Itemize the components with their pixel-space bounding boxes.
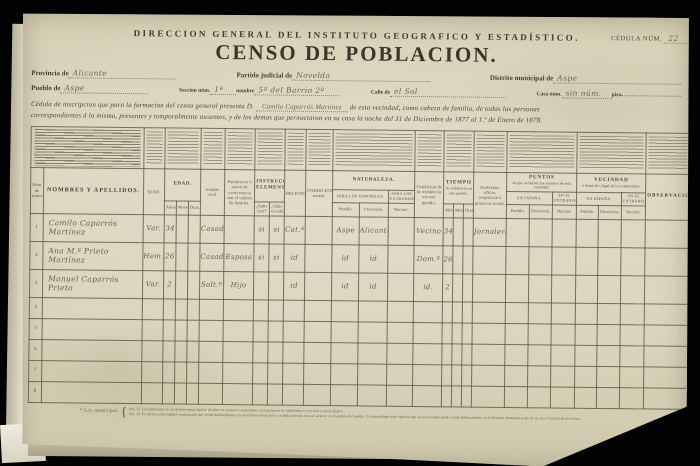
col-header-instruccion: INSTRUCCION ELEMENTAL.: [255, 170, 285, 202]
table-cell: [505, 302, 528, 323]
fineprint-cell: [444, 131, 474, 172]
table-cell: [550, 386, 574, 407]
table-cell: [388, 217, 414, 245]
table-cell: [551, 344, 575, 365]
table-cell: [462, 302, 472, 323]
preamble-text: Cédula de inscripcion que para la formac…: [31, 99, 681, 128]
col-header-puntos: PUNTOS en que se hallan los ausentes de …: [507, 173, 577, 193]
table-cell: [141, 382, 162, 403]
table-cell: [643, 387, 687, 408]
table-cell: [472, 323, 505, 344]
table-cell: [644, 345, 688, 366]
table-cell: Vecino: [414, 217, 443, 245]
table-cell: [620, 303, 644, 324]
table-cell: [223, 320, 253, 341]
table-cell: [528, 365, 551, 386]
table-cell: [253, 320, 268, 341]
table-cell: si: [269, 216, 284, 244]
table-cell: [175, 271, 187, 299]
table-cell: [575, 303, 597, 324]
table-cell: [283, 342, 304, 363]
table-cell: [645, 247, 689, 275]
fineprint-text: [167, 132, 198, 165]
table-cell: [175, 341, 187, 362]
table-cell: [463, 218, 473, 246]
table-cell: [552, 246, 576, 274]
fineprint-text: [417, 134, 441, 167]
table-cell: [528, 344, 551, 365]
table-cell: [506, 274, 529, 302]
table-cell: 26: [164, 242, 176, 270]
table-cell: [304, 342, 331, 363]
table-cell: Cat.ª: [284, 216, 305, 244]
table-cell: [528, 302, 551, 323]
table-cell: [304, 272, 331, 300]
subheader-tiempo-dias: Dias.: [463, 204, 473, 218]
table-cell: [504, 386, 527, 407]
subheader-puntos-nacion: Nacion.: [552, 205, 576, 219]
table-cell: [621, 247, 645, 275]
table-cell: [620, 366, 644, 387]
fineprint-text: [509, 135, 574, 169]
table-cell: [303, 384, 330, 405]
table-cell: [199, 341, 223, 362]
table-cell: [472, 365, 505, 386]
table-cell: [331, 342, 358, 363]
fineprint-text: [476, 135, 504, 168]
table-cell: [551, 323, 575, 344]
census-table-header: Núm. de orden. NOMBRES Y APELLIDOS. SEXO…: [30, 127, 690, 220]
table-cell: [331, 321, 358, 342]
table-cell: [452, 343, 462, 364]
table-cell: Casado: [200, 215, 224, 243]
table-cell: [551, 302, 575, 323]
col-header-observaciones: OBSERVACIONES.: [645, 174, 689, 220]
table-cell: [142, 319, 163, 340]
table-cell: [472, 302, 505, 323]
table-cell: [575, 345, 597, 366]
table-cell: [575, 324, 597, 345]
subheader-tiempo-anos: Años.: [443, 204, 453, 218]
table-cell: 34: [443, 217, 453, 245]
fineprint-cell: [201, 128, 225, 169]
table-cell: [175, 299, 187, 320]
subheader-meses: Meses.: [176, 201, 188, 215]
table-cell: [387, 364, 413, 385]
col-header-edad: EDAD.: [164, 169, 200, 201]
table-cell: [452, 322, 462, 343]
subheader-vecindad-pueblo: Pueblo.: [576, 205, 598, 219]
calle-value: el Sol: [390, 87, 506, 98]
table-cell: [413, 343, 442, 364]
table-cell: [358, 321, 387, 342]
table-cell: [442, 301, 452, 322]
table-cell: [505, 344, 528, 365]
table-cell: [176, 243, 188, 271]
table-cell: [452, 301, 462, 322]
subheader-nat-espanoles: PARA LOS ESPAÑOLES.: [332, 190, 388, 203]
table-cell: [224, 215, 254, 243]
col-header-cond-res: Condicion de la residencia en este puebl…: [414, 172, 443, 218]
col-header-num: Núm. de orden.: [30, 168, 43, 214]
table-cell: [506, 218, 529, 246]
table-cell: [304, 321, 331, 342]
table-cell: [387, 343, 413, 364]
distrito-label: Distrito municipal de: [490, 74, 553, 83]
table-cell: [597, 303, 620, 324]
fineprint-text: [227, 132, 252, 165]
table-cell: [223, 362, 253, 383]
table-cell: [42, 339, 142, 361]
table-cell: Manuel Caparrós Prieto: [42, 269, 142, 298]
table-cell: id: [284, 244, 305, 272]
table-cell: [175, 320, 187, 341]
table-cell: [463, 274, 473, 302]
fineprint-text: [257, 132, 282, 165]
table-cell: Jornalero: [473, 218, 506, 246]
preamble-line1-rest: de esta vecindad, como cabeza de familia…: [350, 104, 540, 113]
table-cell: [575, 366, 597, 387]
table-cell: [283, 321, 304, 342]
subheader-anos: Años.: [164, 201, 176, 215]
provincia-value: Alicante: [69, 68, 177, 79]
subheader-puntos-espana: EN ESPAÑA.: [507, 192, 553, 205]
table-cell: [621, 275, 645, 303]
fineprint-text: [34, 129, 140, 167]
presenter-name: Camilo Caparrós Martínez: [256, 103, 348, 112]
table-cell: [471, 386, 504, 407]
table-cell: [597, 324, 620, 345]
table-cell: [268, 300, 283, 321]
table-cell: [268, 342, 283, 363]
table-cell: Hijo: [223, 271, 253, 299]
table-cell: [472, 344, 505, 365]
fineprint-cell: [577, 132, 646, 174]
table-cell: [187, 299, 199, 320]
table-cell: [441, 385, 451, 406]
photo-background: CÉDULA NÚM. 22 DIRECCION GENERAL DEL INS…: [0, 0, 700, 466]
table-cell: [386, 385, 412, 406]
table-cell: 34: [164, 214, 176, 242]
table-cell: id: [332, 244, 359, 272]
footnote-articles: Art. 15. Los habitantes de un término mu…: [129, 407, 581, 422]
table-cell: [188, 243, 200, 271]
table-cell: [621, 219, 645, 247]
table-cell: [163, 319, 175, 340]
table-cell: [451, 385, 461, 406]
seccion-value: 1ª: [210, 85, 236, 95]
subheader-sabe-leer: ¿Sabe leer?: [254, 202, 269, 216]
table-cell: [388, 245, 414, 273]
table-cell: [253, 299, 268, 320]
fineprint-text: [308, 133, 330, 166]
census-table: Núm. de orden. NOMBRES Y APELLIDOS. SEXO…: [28, 126, 691, 409]
fineprint-cell: [225, 129, 255, 170]
table-cell: [199, 362, 223, 383]
subheader-nat-nacion: Nacion.: [388, 203, 414, 217]
fineprint-cell: [415, 131, 444, 172]
table-cell: [462, 365, 472, 386]
fineprint-text: [648, 137, 687, 170]
subheader-nat-pueblo: Pueblo.: [332, 202, 359, 216]
table-cell: [645, 219, 689, 247]
subheader-puntos-pueblo: Pueblo.: [506, 204, 529, 218]
table-cell: Var.: [142, 270, 163, 298]
table-cell: [305, 244, 332, 272]
piso-value: [621, 95, 681, 97]
table-cell: [187, 341, 199, 362]
form-line-2: Pueblo de Aspe Seccion núm. 1ª nombre 5ª…: [31, 83, 681, 100]
table-cell: [358, 363, 387, 384]
subheader-puntos-provincia: Provincia.: [529, 205, 552, 219]
table-cell: [576, 219, 598, 247]
fineprint-cell: [255, 129, 285, 170]
table-cell: [304, 300, 331, 321]
fineprint-cell: [31, 127, 144, 169]
table-cell: [41, 381, 141, 403]
seccion-label: Seccion núm.: [179, 88, 210, 94]
table-cell: [387, 322, 413, 343]
table-cell: [387, 273, 413, 301]
row-number-cell: 7: [29, 360, 42, 381]
table-cell: [253, 271, 268, 299]
table-cell: [413, 301, 442, 322]
puntos-sub: en que se hallan los ausentes de esta ve…: [508, 181, 575, 191]
table-cell: [598, 275, 621, 303]
table-cell: [357, 384, 386, 405]
col-header-estado: Estado civil.: [200, 169, 224, 215]
table-cell: [528, 323, 551, 344]
table-cell: [462, 323, 472, 344]
table-cell: [267, 384, 282, 405]
fineprint-cell: [333, 130, 415, 172]
row-number-cell: 5: [29, 318, 42, 339]
table-cell: [331, 300, 358, 321]
table-cell: [505, 365, 528, 386]
table-cell: Camilo Caparrós Martínez: [43, 213, 143, 242]
table-cell: [413, 322, 442, 343]
table-cell: [188, 215, 200, 243]
fineprint-cell: [306, 129, 333, 170]
table-cell: [268, 321, 283, 342]
table-cell: [162, 382, 174, 403]
table-cell: [163, 361, 175, 382]
preamble-intro: Cédula de inscripcion que para la formac…: [31, 101, 254, 110]
vecindad-sub: ó domicilio legal de los transeuntes.: [578, 184, 644, 189]
table-cell: [463, 246, 473, 274]
table-cell: [253, 362, 268, 383]
table-cell: id.: [414, 273, 443, 301]
casa-label: Casa núm.: [537, 91, 562, 97]
table-cell: [462, 344, 472, 365]
table-cell: [282, 384, 303, 405]
table-cell: si: [254, 243, 269, 271]
table-cell: [187, 320, 199, 341]
distrito-value: Aspe: [553, 73, 681, 84]
fineprint-cell: [507, 132, 577, 174]
instructions-band: [31, 127, 691, 175]
subheader-vecindad-provincia: Provincia.: [598, 205, 621, 219]
table-cell: [645, 275, 689, 303]
row-number-cell: 1: [30, 213, 43, 241]
table-cell: [198, 383, 222, 404]
footnote-brace: {: [121, 407, 127, 417]
table-cell: [452, 364, 462, 385]
table-cell: [442, 322, 452, 343]
subheader-vecindad-espana: EN ESPAÑA.: [577, 192, 622, 205]
table-cell: [644, 303, 688, 324]
table-cell: [473, 274, 506, 302]
table-cell: [412, 385, 441, 406]
fineprint-text: [146, 131, 162, 164]
footnote-label: * Ley municipal.: [80, 409, 119, 414]
table-cell: [252, 383, 267, 404]
table-cell: id: [359, 244, 388, 272]
row-number-cell: 6: [29, 339, 42, 360]
table-cell: [283, 300, 304, 321]
fineprint-cell: [144, 128, 165, 169]
table-cell: 26: [443, 245, 453, 273]
table-cell: [283, 363, 304, 384]
table-cell: Var.: [143, 214, 164, 242]
col-header-religion: RELIGION.: [284, 170, 305, 216]
fineprint-cell: [646, 133, 690, 174]
fineprint-text: [335, 133, 412, 167]
table-cell: id: [358, 272, 387, 300]
table-cell: [597, 366, 620, 387]
census-table-body: 1Camilo Caparrós MartínezVar.34Casadosis…: [28, 213, 689, 409]
table-cell: [187, 362, 199, 383]
fineprint-text: [203, 132, 222, 165]
table-cell: si: [254, 215, 269, 243]
table-cell: [506, 246, 529, 274]
table-cell: 2: [443, 273, 453, 301]
census-document: CÉDULA NÚM. 22 DIRECCION GENERAL DEL INS…: [18, 11, 691, 466]
table-cell: [620, 345, 644, 366]
table-cell: [174, 383, 186, 404]
table-cell: 2: [163, 270, 175, 298]
table-cell: [596, 387, 619, 408]
table-cell: [142, 340, 163, 361]
table-cell: [527, 386, 550, 407]
fineprint-cell: [285, 129, 306, 170]
table-cell: [268, 272, 283, 300]
col-header-sexo: SEXO.: [143, 169, 164, 215]
casa-value: sin núm.: [562, 89, 612, 100]
table-cell: [176, 215, 188, 243]
row-number-cell: 2: [30, 241, 43, 269]
subheader-tiempo-meses: Meses.: [453, 204, 463, 218]
table-cell: [175, 362, 187, 383]
table-cell: [305, 216, 332, 244]
table-cell: [42, 360, 142, 382]
partido-value: Novelda: [292, 71, 430, 82]
table-cell: id: [331, 272, 358, 300]
table-cell: [358, 300, 387, 321]
fineprint-text: [287, 133, 303, 166]
table-cell: Alicante: [359, 216, 388, 244]
table-cell: [473, 246, 506, 274]
table-cell: [598, 247, 621, 275]
table-cell: [619, 387, 643, 408]
col-header-nombres: NOMBRES Y APELLIDOS.: [43, 168, 143, 214]
table-cell: [505, 323, 528, 344]
table-cell: [163, 298, 175, 319]
table-cell: [598, 219, 621, 247]
table-cell: [551, 365, 575, 386]
calle-label: Calle de: [371, 90, 390, 96]
table-cell: [223, 341, 253, 362]
table-cell: [442, 364, 452, 385]
row-number-cell: 4: [29, 297, 42, 318]
fineprint-text: [446, 134, 471, 167]
table-cell: [529, 246, 552, 274]
footnote: * Ley municipal. { Art. 15. Los habitant…: [80, 406, 680, 423]
subheader-vecindad-nacion: Nacion.: [621, 205, 645, 219]
table-cell: Aspe: [332, 216, 359, 244]
fineprint-text: [579, 136, 643, 170]
table-cell: [187, 271, 199, 299]
table-cell: [461, 386, 471, 407]
table-cell: Solt.º: [199, 271, 223, 299]
table-cell: Ana M.ª Prieto Martínez: [43, 241, 143, 270]
subheader-vecindad-extranjero: EN EL EXTRANJERO.: [622, 193, 646, 206]
fineprint-cell: [165, 128, 201, 169]
nombre-label: nombre: [236, 88, 254, 94]
provincia-label: Provincia de: [31, 69, 68, 77]
table-cell: [574, 387, 596, 408]
table-cell: [453, 245, 463, 273]
table-cell: Esposa: [224, 243, 254, 271]
table-cell: [330, 384, 357, 405]
subheader-nat-extranjeros: PARA LOS EXTRANJEROS.: [388, 190, 414, 203]
table-cell: Casada: [200, 243, 224, 271]
subheader-dias: Dias.: [188, 201, 200, 215]
col-header-naturaleza: NATURALEZA.: [333, 171, 415, 191]
table-cell: [142, 298, 163, 319]
table-cell: [644, 366, 688, 387]
table-cell: [529, 274, 552, 302]
table-cell: [644, 324, 688, 345]
table-cell: [253, 341, 268, 362]
col-header-profesion: Profesion, oficio, ocupacion ó posicion …: [473, 172, 506, 218]
col-header-parentesco: Parentesco ó razon de convivencia con el…: [224, 170, 254, 216]
table-cell: [576, 247, 598, 275]
partido-label: Partido judicial de: [236, 71, 292, 80]
table-cell: [576, 275, 598, 303]
table-cell: [223, 299, 253, 320]
table-cell: [552, 218, 576, 246]
piso-label: piso: [612, 92, 622, 98]
tiempo-sub: de residencia en este pueblo.: [445, 186, 472, 196]
table-cell: [413, 364, 442, 385]
table-cell: Dom.ª: [414, 245, 443, 273]
col-header-tiempo: TIEMPO de residencia en este pueblo.: [444, 172, 474, 204]
table-cell: [331, 363, 358, 384]
row-number-cell: 3: [29, 269, 42, 297]
row-number-cell: 8: [28, 381, 41, 402]
col-header-vecindad: VECINDAD ó domicilio legal de los transe…: [577, 173, 646, 193]
table-cell: [186, 383, 198, 404]
subheader-nat-provincia: Provincia.: [359, 203, 388, 217]
table-cell: [529, 218, 552, 246]
col-header-condicion: CONDICION social.: [305, 170, 332, 216]
subheader-sabe-escribir: ¿Sabe escribir?: [269, 202, 284, 216]
table-cell: [222, 383, 252, 404]
table-cell: Hem.: [143, 242, 164, 270]
table-cell: [442, 343, 452, 364]
table-cell: [453, 217, 463, 245]
